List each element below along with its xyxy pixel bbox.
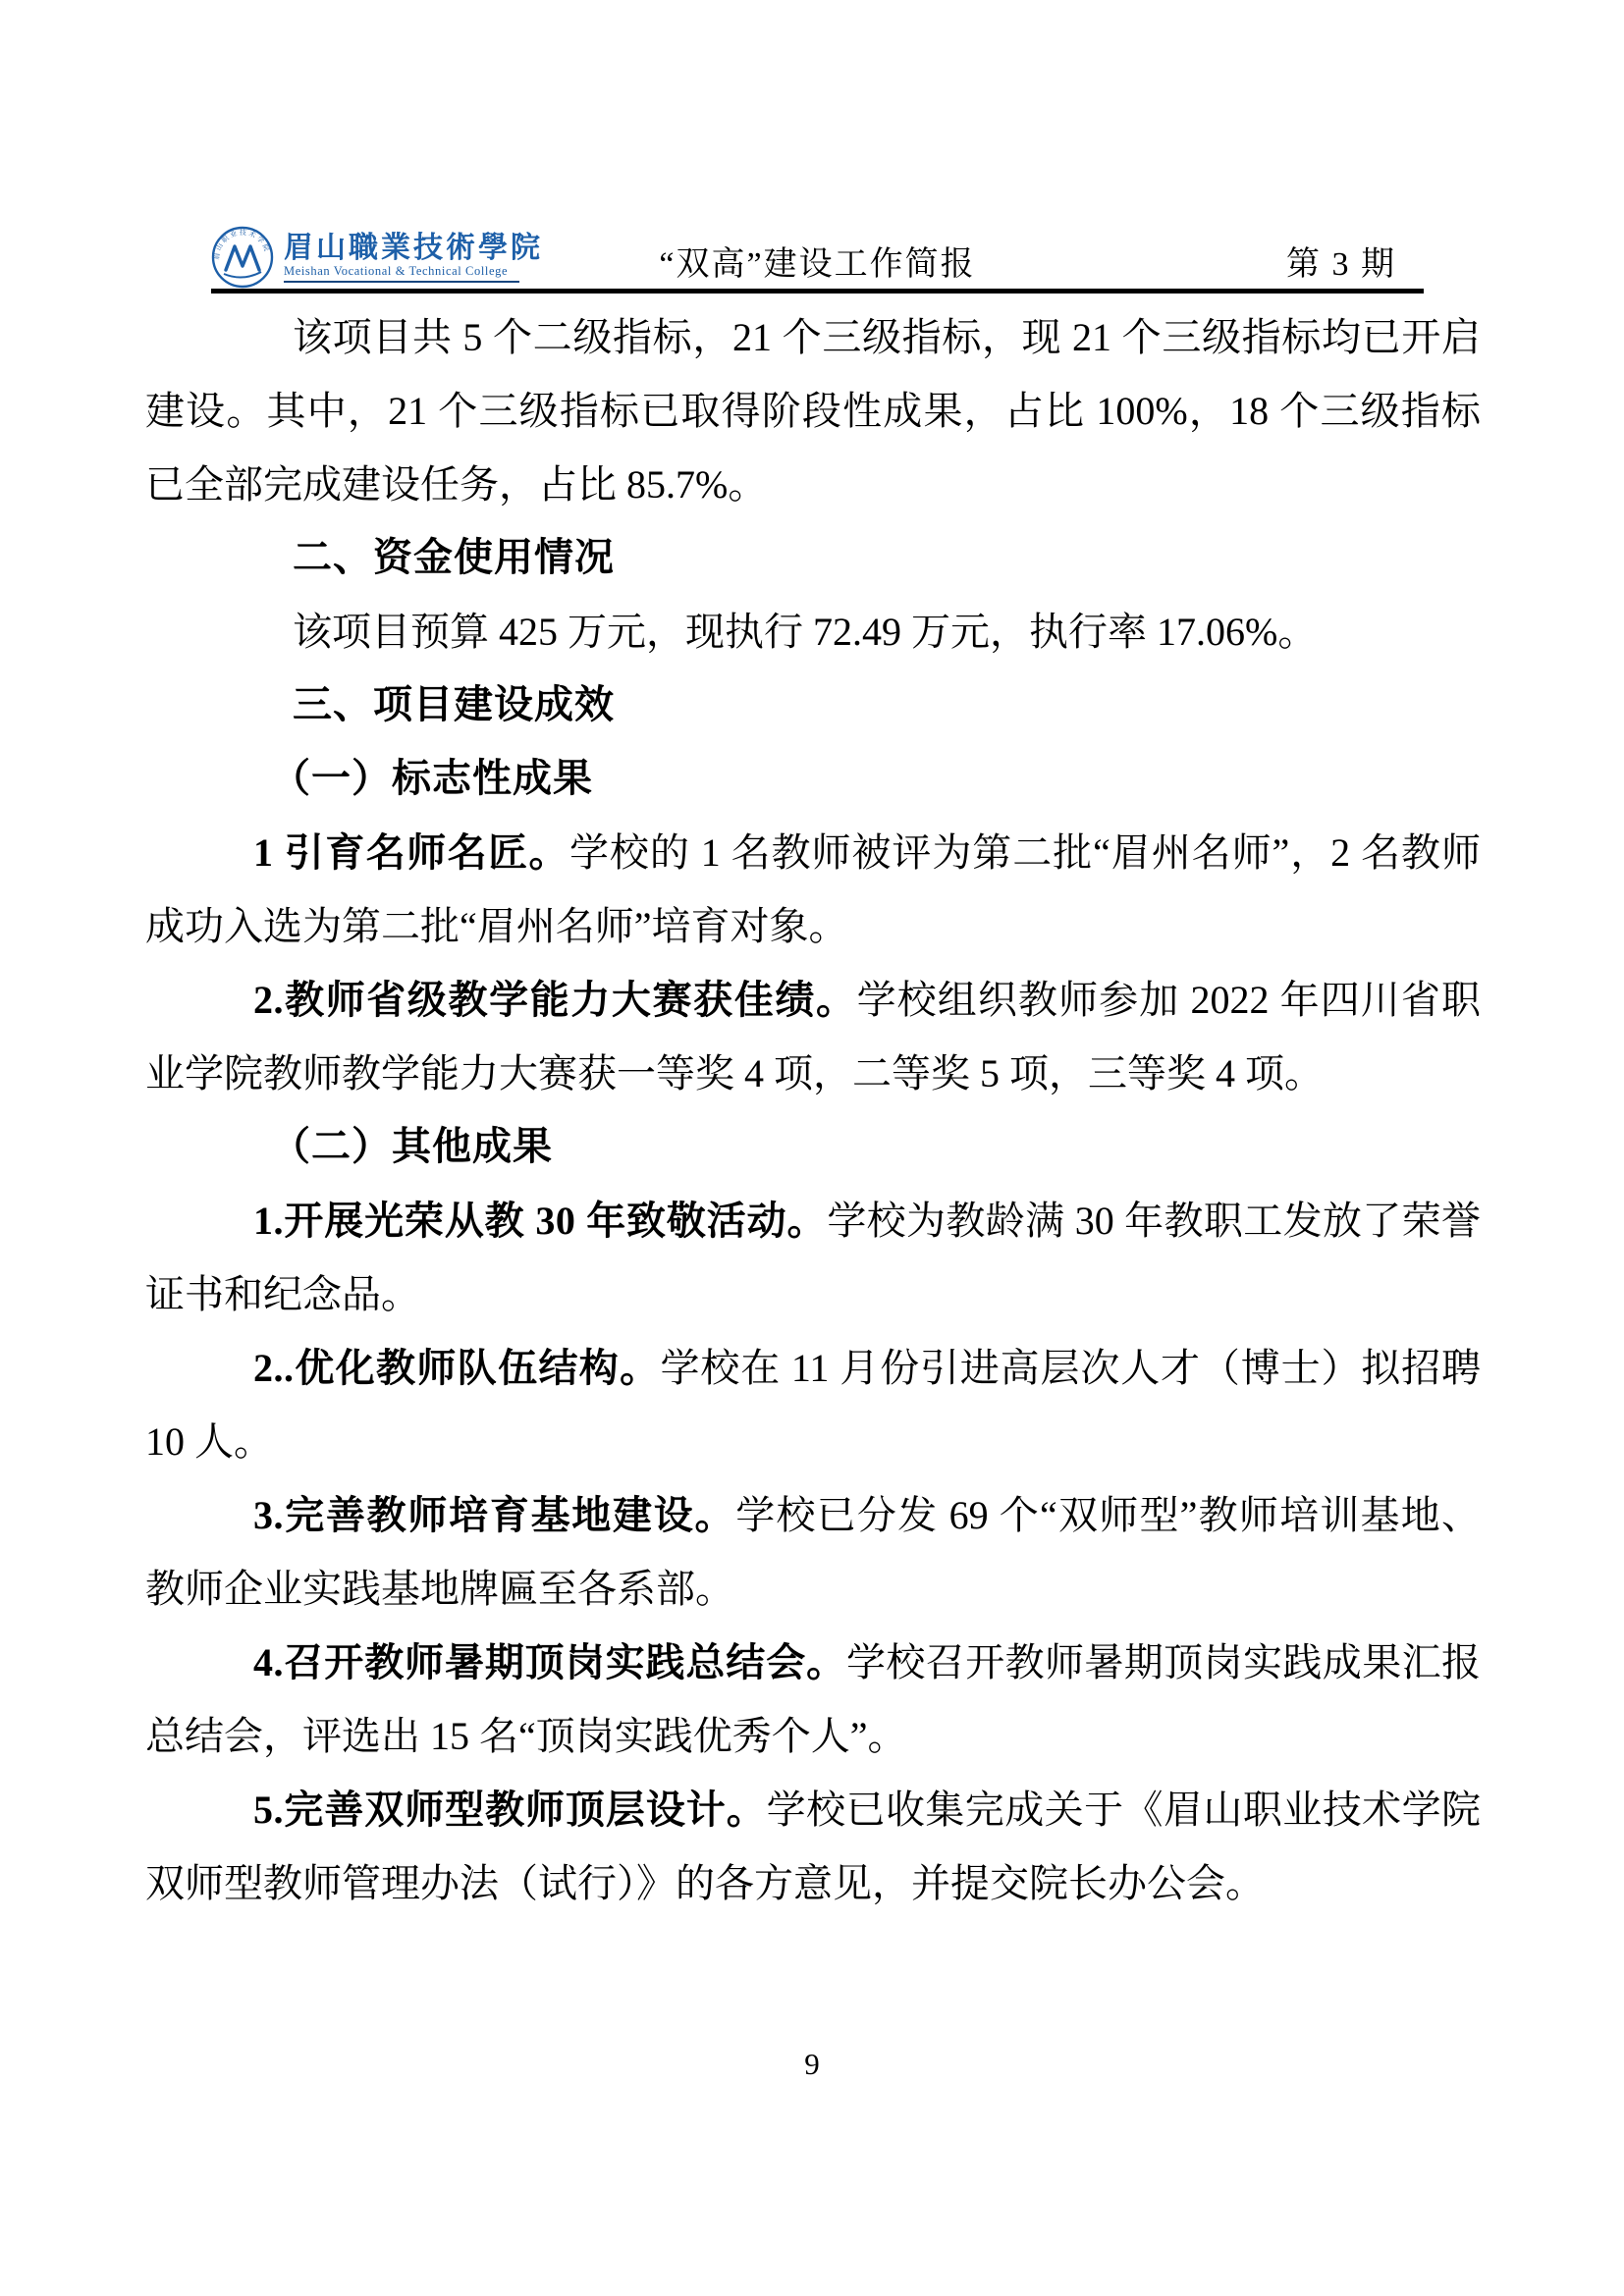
- header-divider-rule: [211, 289, 1424, 294]
- subheading-other-results: （二）其他成果: [145, 1110, 1481, 1184]
- item-landmark-2: 2.教师省级教学能力大赛获佳绩。学校组织教师参加 2022 年四川省职业学院教师…: [145, 963, 1481, 1110]
- item-other-5-lead: 5.完善双师型教师顶层设计。: [253, 1788, 767, 1832]
- item-other-1: 1.开展光荣从教 30 年致敬活动。学校为教龄满 30 年教职工发放了荣誉证书和…: [145, 1184, 1481, 1331]
- college-name-block: 眉山職業技術學院 Meishan Vocational & Technical …: [284, 233, 543, 283]
- item-landmark-1-lead: 1 引育名师名匠。: [253, 830, 569, 875]
- item-other-4-lead: 4.召开教师暑期顶岗实践总结会。: [253, 1640, 846, 1684]
- college-logo: 眉山职业技术学院 眉山職業技術學院 Meishan Vocational & T…: [211, 226, 543, 289]
- page-number: 9: [804, 2047, 820, 2081]
- college-name-en: Meishan Vocational & Technical College: [284, 264, 543, 279]
- logo-underline: [284, 281, 519, 283]
- item-other-5: 5.完善双师型教师顶层设计。学校已收集完成关于《眉山职业技术学院双师型教师管理办…: [145, 1773, 1481, 1920]
- heading-project-results: 三、项目建设成效: [145, 668, 1481, 742]
- item-other-1-lead: 1.开展光荣从教 30 年致敬活动。: [253, 1199, 827, 1243]
- college-name-zh: 眉山職業技術學院: [284, 233, 543, 264]
- bulletin-title: “双高”建设工作简报: [659, 237, 975, 285]
- subheading-landmark-results: （一）标志性成果: [145, 742, 1481, 816]
- document-page: 眉山职业技术学院 眉山職業技術學院 Meishan Vocational & T…: [0, 0, 1624, 2296]
- document-body: 该项目共 5 个二级指标，21 个三级指标，现 21 个三级指标均已开启建设。其…: [145, 300, 1481, 1920]
- item-landmark-1: 1 引育名师名匠。学校的 1 名教师被评为第二批“眉州名师”，2 名教师成功入选…: [145, 816, 1481, 963]
- paragraph-budget: 该项目预算 425 万元，现执行 72.49 万元，执行率 17.06%。: [145, 595, 1481, 668]
- item-other-3: 3.完善教师培育基地建设。学校已分发 69 个“双师型”教师培训基地、教师企业实…: [145, 1478, 1481, 1626]
- heading-fund-usage: 二、资金使用情况: [145, 521, 1481, 595]
- item-other-4: 4.召开教师暑期顶岗实践总结会。学校召开教师暑期顶岗实践成果汇报总结会，评选出 …: [145, 1626, 1481, 1773]
- issue-number: 第 3 期: [1286, 237, 1396, 285]
- page-header: 眉山职业技术学院 眉山職業技術學院 Meishan Vocational & T…: [211, 224, 1424, 287]
- page-footer: 9: [0, 2047, 1624, 2082]
- item-other-3-lead: 3.完善教师培育基地建设。: [253, 1493, 735, 1537]
- item-other-2: 2..优化教师队伍结构。学校在 11 月份引进高层次人才（博士）拟招聘 10 人…: [145, 1331, 1481, 1478]
- college-seal-icon: 眉山职业技术学院: [211, 226, 274, 289]
- paragraph-indicators: 该项目共 5 个二级指标，21 个三级指标，现 21 个三级指标均已开启建设。其…: [145, 300, 1481, 521]
- item-landmark-2-lead: 2.教师省级教学能力大赛获佳绩。: [253, 978, 857, 1022]
- item-other-2-lead: 2..优化教师队伍结构。: [253, 1346, 661, 1390]
